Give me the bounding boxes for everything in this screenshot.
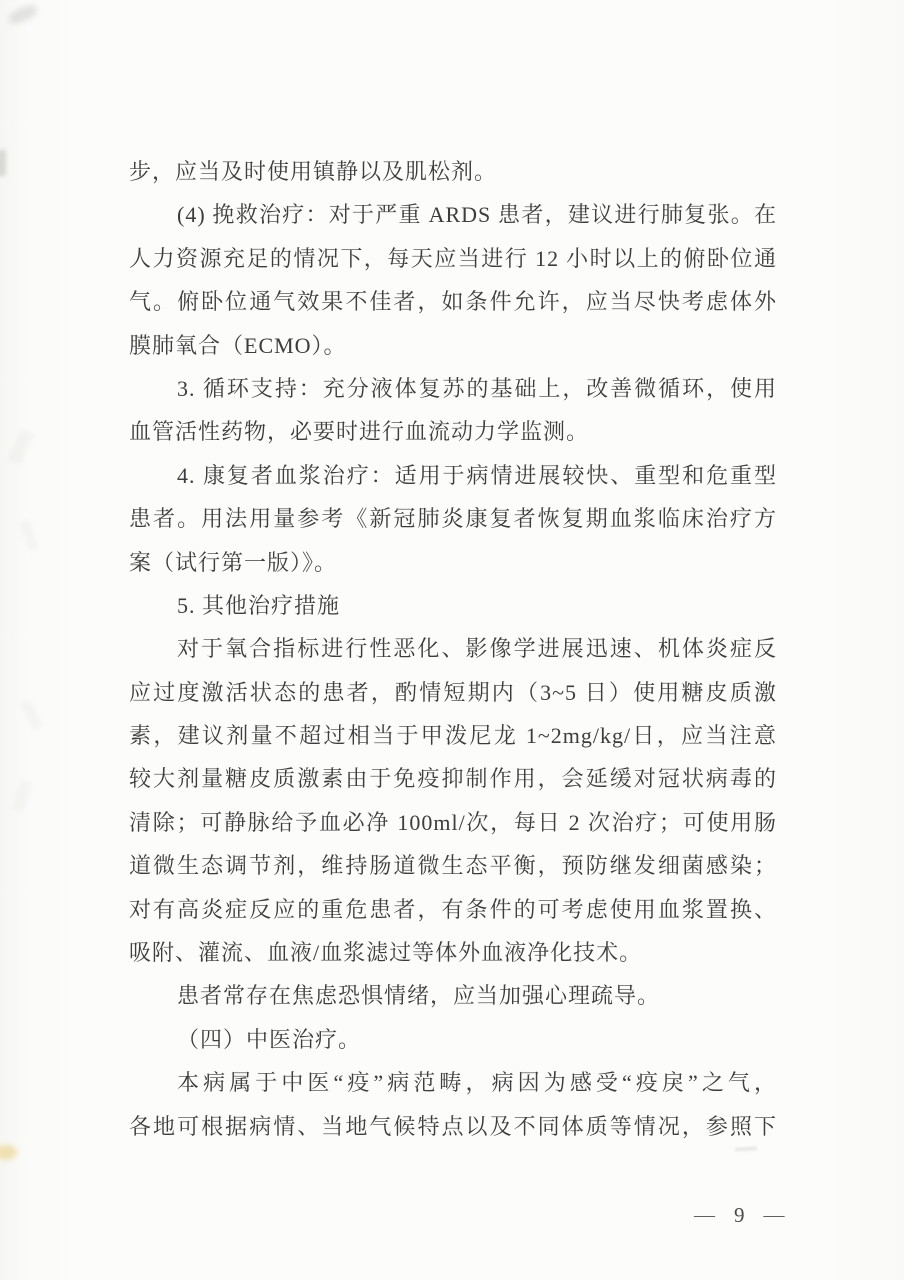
scan-smudge-top-left <box>7 2 40 26</box>
text-line: 较大剂量糖皮质激素由于免疫抑制作用，会延缓对冠状病毒的 <box>129 757 777 800</box>
page-footer: — 9 — <box>694 1200 785 1230</box>
text-line: 患者常存在焦虑恐惧情绪，应当加强心理疏导。 <box>129 974 777 1017</box>
text-line: 患者。用法用量参考《新冠肺炎康复者恢复期血浆临床治疗方 <box>129 497 777 540</box>
page-number: 9 <box>734 1203 745 1228</box>
footer-dash-right: — <box>764 1205 785 1225</box>
text-line: 对于氧合指标进行性恶化、影像学进展迅速、机体炎症反 <box>129 627 777 670</box>
text-line: 步，应当及时使用镇静以及肌松剂。 <box>129 150 777 193</box>
text-line: 本病属于中医“疫”病范畴，病因为感受“疫戾”之气， <box>129 1061 777 1104</box>
footer-dash-left: — <box>694 1205 715 1225</box>
text-line: 应过度激活状态的患者，酌情短期内（3~5 日）使用糖皮质激 <box>129 671 777 714</box>
text-line: 各地可根据病情、当地气候特点以及不同体质等情况，参照下 <box>129 1105 777 1148</box>
scan-smudge-yellow <box>0 1145 17 1160</box>
text-line: 清除；可静脉给予血必净 100ml/次，每日 2 次治疗；可使用肠 <box>129 801 777 844</box>
scan-ghost-mark <box>2 624 30 661</box>
text-block: 步，应当及时使用镇静以及肌松剂。 (4) 挽救治疗：对于严重 ARDS 患者，建… <box>129 150 777 1148</box>
text-line: 对有高炎症反应的重危患者，有条件的可考虑使用血浆置换、 <box>129 888 777 931</box>
scan-ghost-mark <box>20 519 39 551</box>
text-line: 血管活性药物，必要时进行血流动力学监测。 <box>129 410 777 453</box>
text-line: 吸附、灌流、血液/血浆滤过等体外血液净化技术。 <box>129 931 777 974</box>
scan-ghost-mark <box>8 429 35 466</box>
text-line: 4. 康复者血浆治疗：适用于病情进展较快、重型和危重型 <box>129 454 777 497</box>
scan-ghost-mark <box>20 699 43 731</box>
text-line: 案（试行第一版）》。 <box>129 541 777 584</box>
text-line: 人力资源充足的情况下，每天应当进行 12 小时以上的俯卧位通 <box>129 237 777 280</box>
text-line: (4) 挽救治疗：对于严重 ARDS 患者，建议进行肺复张。在 <box>129 193 777 236</box>
text-line: 气。俯卧位通气效果不佳者，如条件允许，应当尽快考虑体外 <box>129 280 777 323</box>
scan-smudge-left-edge <box>0 150 6 176</box>
text-line: 膜肺氧合（ECMO）。 <box>129 324 777 367</box>
text-line: 5. 其他治疗措施 <box>129 584 777 627</box>
text-line: 道微生态调节剂，维持肠道微生态平衡，预防继发细菌感染； <box>129 844 777 887</box>
text-line: （四）中医治疗。 <box>129 1018 777 1061</box>
text-line: 3. 循环支持：充分液体复苏的基础上，改善微循环，使用 <box>129 367 777 410</box>
text-line: 素，建议剂量不超过相当于甲泼尼龙 1~2mg/kg/日，应当注意 <box>129 714 777 757</box>
scan-ghost-mark <box>11 779 32 813</box>
document-page: 步，应当及时使用镇静以及肌松剂。 (4) 挽救治疗：对于严重 ARDS 患者，建… <box>0 0 904 1280</box>
